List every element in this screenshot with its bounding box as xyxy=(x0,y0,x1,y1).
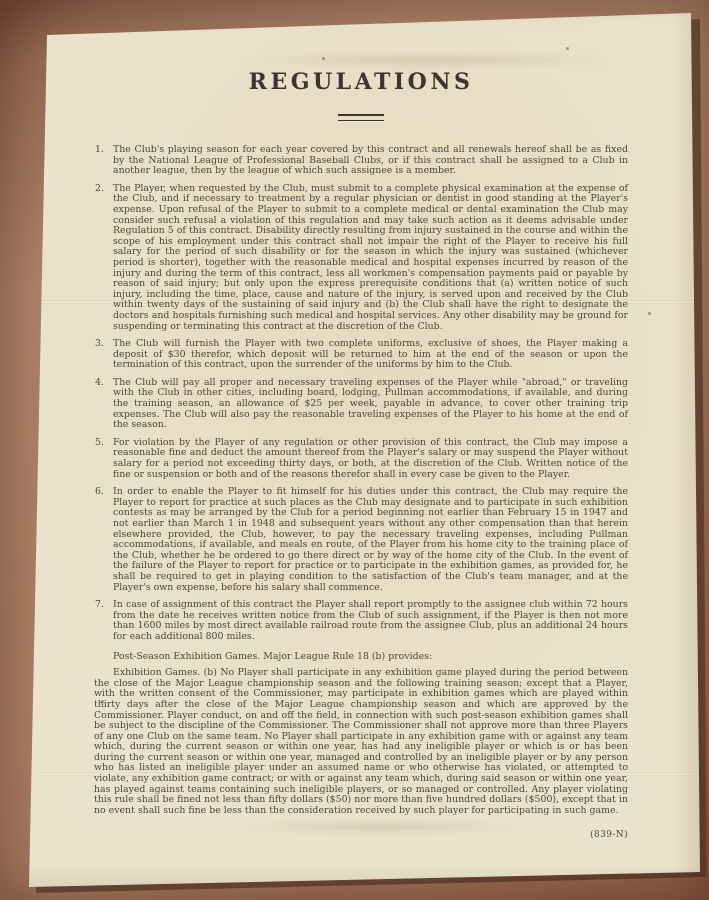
paper-speck xyxy=(648,312,651,315)
regulation-item-4: 4. The Club will pay all proper and nece… xyxy=(94,378,628,431)
regulation-number: 7. xyxy=(95,600,104,611)
regulation-number: 1. xyxy=(95,145,104,156)
regulation-item-3: 3. The Club will furnish the Player with… xyxy=(94,339,628,371)
regulation-number: 2. xyxy=(95,184,104,195)
post-season-heading: Post-Season Exhibition Games. Major Leag… xyxy=(113,652,628,663)
regulation-item-1: 1. The Club's playing season for each ye… xyxy=(94,145,628,177)
exhibition-games-paragraph: Exhibition Games. (b) No Player shall pa… xyxy=(94,668,628,816)
regulation-text: In case of assignment of this contract t… xyxy=(113,599,628,642)
regulation-text: For violation by the Player of any regul… xyxy=(113,437,628,480)
regulation-item-7: 7. In case of assignment of this contrac… xyxy=(94,600,628,642)
regulation-number: 3. xyxy=(95,339,104,350)
regulation-text: The Club will furnish the Player with tw… xyxy=(113,338,628,370)
regulation-item-6: 6. In order to enable the Player to fit … xyxy=(94,487,628,593)
regulation-text: The Player, when requested by the Club, … xyxy=(113,183,628,332)
regulation-number: 4. xyxy=(95,378,104,389)
regulation-number: 5. xyxy=(95,438,104,449)
form-code: (839-N) xyxy=(94,830,628,841)
page-title: REGULATIONS xyxy=(94,71,628,93)
regulation-text: The Club's playing season for each year … xyxy=(113,144,628,176)
title-divider xyxy=(338,114,384,121)
regulation-number: 6. xyxy=(95,487,104,498)
regulation-text: In order to enable the Player to fit him… xyxy=(113,486,628,592)
regulation-item-2: 2. The Player, when requested by the Clu… xyxy=(94,184,628,332)
page-content: REGULATIONS 1. The Club's playing season… xyxy=(94,0,628,850)
regulation-text: The Club will pay all proper and necessa… xyxy=(113,377,628,430)
regulation-item-5: 5. For violation by the Player of any re… xyxy=(94,438,628,480)
scanned-photo-background: REGULATIONS 1. The Club's playing season… xyxy=(0,0,709,900)
